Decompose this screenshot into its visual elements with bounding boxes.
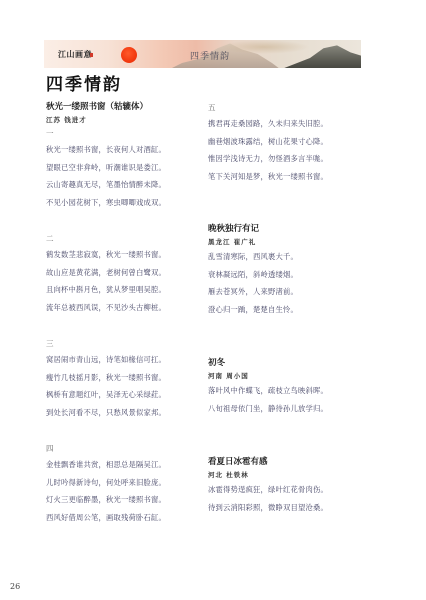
banner-title: 四季情韵 xyxy=(190,49,230,62)
poem-line: 幽巷烟波珠露结，树山花果寸心降。 xyxy=(208,133,378,151)
poem-line: 八旬祖母依门坐，静待孙儿放学归。 xyxy=(208,400,378,418)
poem-line: 惟因学浅诗无力，勿怪酒多言半哤。 xyxy=(208,150,378,168)
poem-author: 黑龙江 崔广礼 xyxy=(208,236,378,248)
poem-line: 待到云消阳彩照，微睁双目望沧桑。 xyxy=(208,499,378,517)
poem-title: 晚秋独行有记 xyxy=(208,222,378,236)
poem-author: 河北 杜铁林 xyxy=(208,469,378,481)
header-banner: 江山画意 四季情韵 xyxy=(44,40,361,68)
red-sun-icon xyxy=(121,47,137,63)
poem-title: 秋光一缕照书窗（轱辘体） xyxy=(46,100,216,114)
poem-line: 西风好借周公笔，画取残荷卧石缸。 xyxy=(46,509,216,527)
poem-line: 落叶风中作蝶飞，疏枝立鸟映斜晖。 xyxy=(208,382,378,400)
poem-line: 鹤发数茎悲寂寞，秋光一缕照书窗。 xyxy=(46,246,216,264)
cloud-illustration xyxy=(219,40,309,54)
poem-line: 冰雹得势逞疯狂，绿叶红花骨肉伤。 xyxy=(208,481,378,499)
poem-line: 儿时吟得新诗句，何处呼来旧脸庞。 xyxy=(46,474,216,492)
poem-line: 金桂飘香谁共赏，相思总是隔吴江。 xyxy=(46,456,216,474)
section-number: 一 xyxy=(46,126,216,141)
poem-line: 流年总被西风误，不见沙头古柳桩。 xyxy=(46,299,216,317)
poem-line: 且向杯中斟月色，犹从梦里唱吴腔。 xyxy=(46,281,216,299)
page-number: 26 xyxy=(10,582,20,591)
poem-line: 携君再走桑园路，久未归来失旧腔。 xyxy=(208,115,378,133)
poem-line: 雁去苍冥外，人来野渚前。 xyxy=(208,283,378,301)
poem-line: 望眼已空非弇岭，听潮谁识是娄江。 xyxy=(46,159,216,177)
section-number: 二 xyxy=(46,231,216,246)
poem-line: 瘦竹几枝摇月影，秋光一缕照书窗。 xyxy=(46,369,216,387)
poem-line: 秋光一缕照书窗，长夜何人对酒缸。 xyxy=(46,141,216,159)
poem-line: 云山寄趣真无尽，笔墨怡情醉未降。 xyxy=(46,176,216,194)
poem-line: 灯火三更临醉墨，秋光一缕照书窗。 xyxy=(46,491,216,509)
poem-line: 笔下关河知是梦，秋光一缕照书窗。 xyxy=(208,168,378,186)
section-number: 三 xyxy=(46,336,216,351)
left-column: 秋光一缕照书窗（轱辘体） 江苏 钱进才 一 秋光一缕照书窗，长夜何人对酒缸。 望… xyxy=(46,100,216,526)
section-number: 五 xyxy=(208,100,378,115)
poem-line: 衰林凝远陌，斜岭透缕烟。 xyxy=(208,266,378,284)
seal-icon xyxy=(90,53,93,57)
poem-title: 初冬 xyxy=(208,356,378,370)
section-number: 四 xyxy=(46,441,216,456)
poem-author: 河南 周小国 xyxy=(208,370,378,382)
right-column: 五 携君再走桑园路，久未归来失旧腔。 幽巷烟波珠露结，树山花果寸心降。 惟因学浅… xyxy=(208,100,378,516)
poem-title: 看夏日冰雹有感 xyxy=(208,455,378,469)
poem-line: 故山应是黄花满，老树何曾白鹭双。 xyxy=(46,264,216,282)
poem-author: 江苏 钱进才 xyxy=(46,114,216,126)
poem-line: 不见小园花树下，寒虫唧唧戏成双。 xyxy=(46,194,216,212)
banner-brand: 江山画意 xyxy=(58,49,92,60)
poem-line: 枫桥有意题红叶，吴泽无心采绿荭。 xyxy=(46,386,216,404)
poem-line: 到处长河看不尽，只愁风景似家邦。 xyxy=(46,404,216,422)
poem-line: 乱雪清寒际，西风裹大千。 xyxy=(208,248,378,266)
poem-line: 窝居闹市青山远，诗笔如椽信可扛。 xyxy=(46,351,216,369)
page-title: 四季情韵 xyxy=(46,70,122,95)
poem-line: 澄心归一踽，楚楚自生怜。 xyxy=(208,301,378,319)
